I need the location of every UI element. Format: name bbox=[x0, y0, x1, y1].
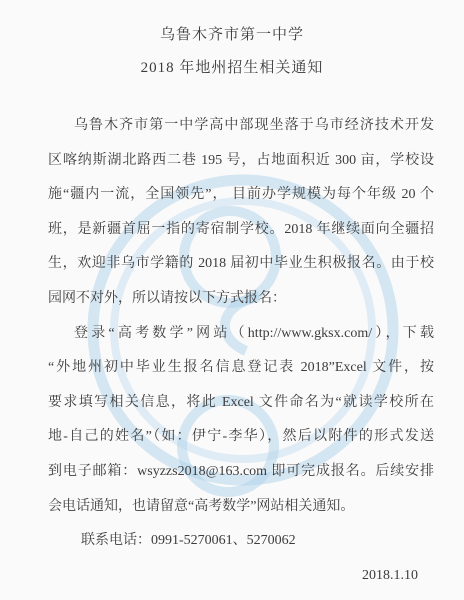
body-line: 区喀纳斯湖北路西二巷 195 号，占地面积近 300 亩，学校设 bbox=[48, 144, 434, 179]
notice-body: 乌鲁木齐市第一中学高中部现坐落于乌市经济技术开发区喀纳斯湖北路西二巷 195 号… bbox=[48, 109, 434, 524]
body-line: 地-自己的姓名”（如：伊宁-李华），然后以附件的形式发送 bbox=[48, 420, 434, 455]
body-line: 园网不对外，所以请按以下方式报名： bbox=[48, 282, 434, 317]
body-line: 登录“高考数学”网站（http://www.gksx.com/），下载 bbox=[48, 317, 434, 352]
body-line: 会电话通知，也请留意“高考数学”网站相关通知。 bbox=[48, 490, 434, 525]
notice-title: 乌鲁木齐市第一中学 bbox=[0, 25, 464, 45]
contact-phone-line: 联系电话：0991-5270061、5270062 bbox=[48, 524, 434, 559]
notice-subtitle: 2018 年地州招生相关通知 bbox=[0, 58, 464, 78]
body-line: 生，欢迎非乌市学籍的 2018 届初中毕业生积极报名。由于校 bbox=[48, 247, 434, 282]
notice-date: 2018.1.10 bbox=[0, 559, 418, 594]
notice-header: 乌鲁木齐市第一中学 2018 年地州招生相关通知 bbox=[0, 0, 464, 78]
body-line: 乌鲁木齐市第一中学高中部现坐落于乌市经济技术开发 bbox=[48, 109, 434, 144]
body-line: “外地州初中毕业生报名信息登记表 2018”Excel 文件，按 bbox=[48, 351, 434, 386]
body-line: 要求填写相关信息，将此 Excel 文件命名为“就读学校所在 bbox=[48, 386, 434, 421]
body-line: 施“疆内一流，全国领先”， 目前办学规模为每个年级 20 个 bbox=[48, 178, 434, 213]
body-line: 到电子邮箱：wsyzzs2018@163.com 即可完成报名。后续安排 bbox=[48, 455, 434, 490]
body-line: 班，是新疆首屈一指的寄宿制学校。2018 年继续面向全疆招 bbox=[48, 213, 434, 248]
notice-document: 乌鲁木齐市第一中学 2018 年地州招生相关通知 乌鲁木齐市第一中学高中部现坐落… bbox=[0, 0, 464, 600]
notice-content: 乌鲁木齐市第一中学 2018 年地州招生相关通知 乌鲁木齐市第一中学高中部现坐落… bbox=[0, 0, 464, 593]
